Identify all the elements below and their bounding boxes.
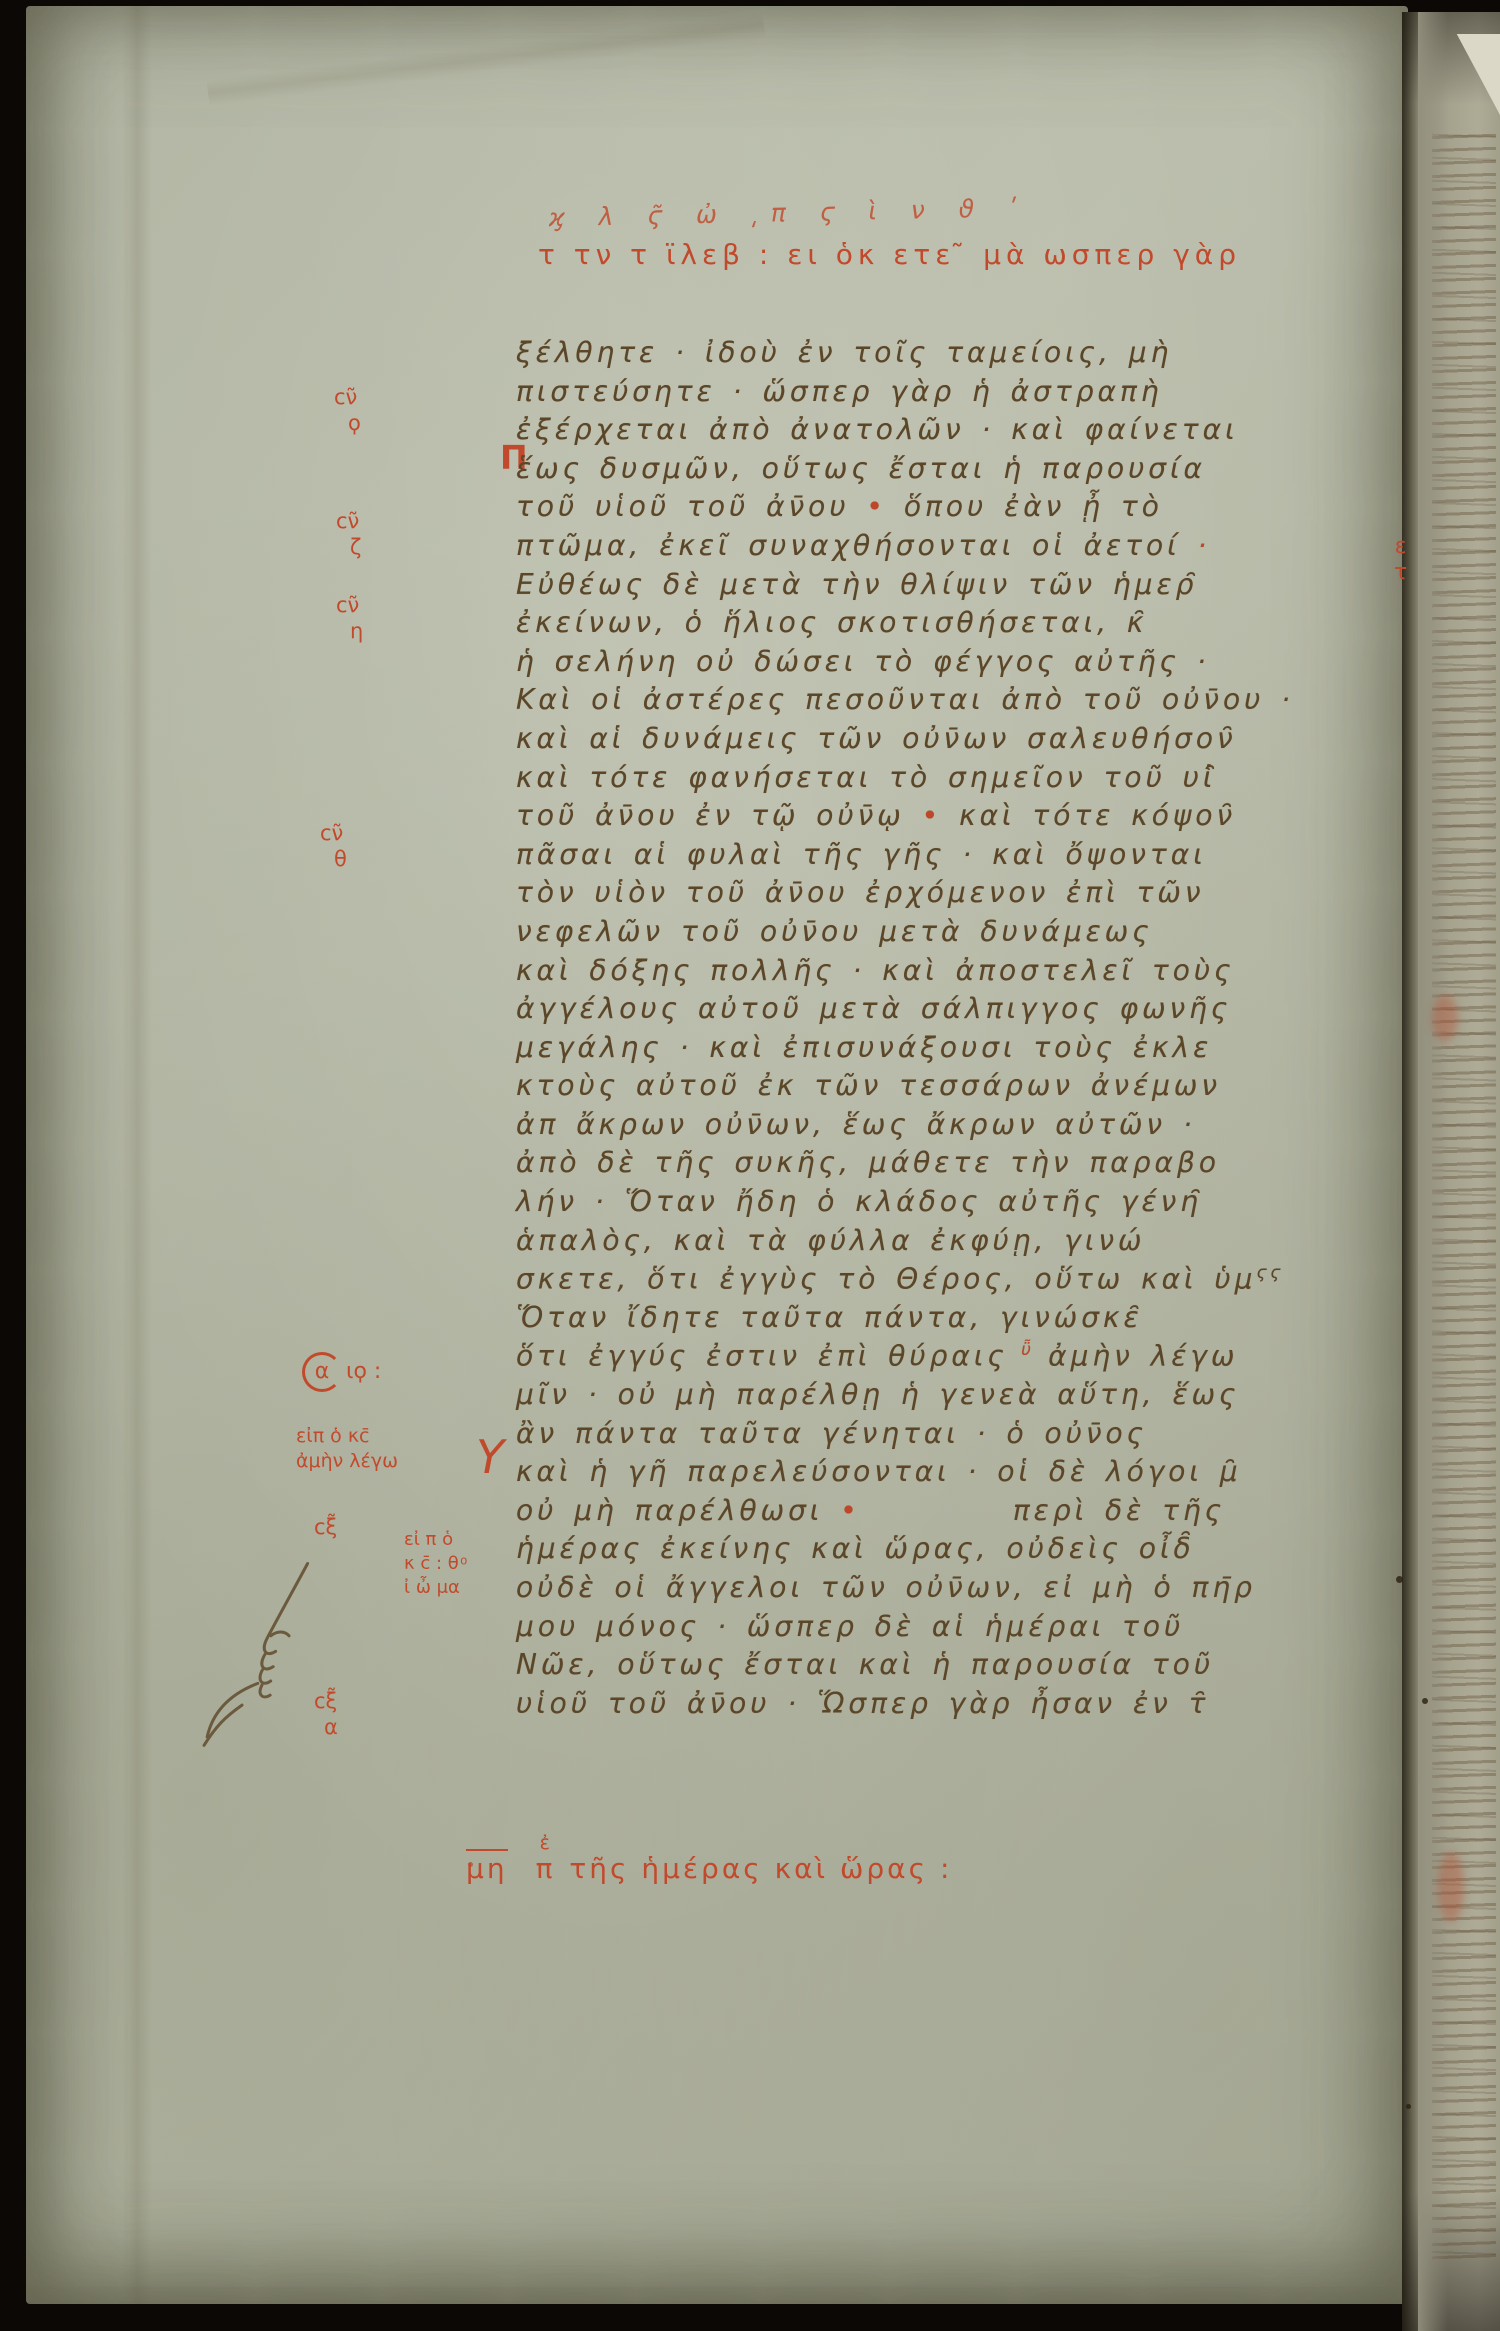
- diagonal-crease: [207, 12, 766, 106]
- text-line: τὸν υἱὸν τοῦ ἀν̄ου ἐρχόμενον ἐπὶ τῶν: [516, 876, 1416, 915]
- text-line: ἁπαλὸς, καὶ τὰ φύλλα ἐκφύῃ, γινώ: [516, 1224, 1416, 1263]
- eusebian-number: ϲν̃ζ: [336, 508, 361, 560]
- text-line: Νῶε, οὕτως ἔσται καὶ ἡ παρουσία τοῦ: [516, 1648, 1416, 1687]
- text-line: Ὅταν ἴδητε ταῦτα πάντα, γινώσκε̑: [516, 1301, 1416, 1340]
- text-line: οὐδὲ οἱ ἄγγελοι τῶν οὐν̄ων, εἰ μὴ ὁ πη̄ρ: [516, 1571, 1416, 1610]
- eusebian-number: ϲν̃ϙ: [334, 384, 361, 436]
- text-line: ἡμέρας ἐκείνης καὶ ὥρας, οὐδεὶς οἶδ̑: [516, 1532, 1416, 1571]
- text-line: μεγάλης · καὶ ἐπισυνάξουσι τοὺς ἐκλε: [516, 1031, 1416, 1070]
- edge-highlight: [1418, 12, 1448, 2331]
- text-line: ἐκείνων, ὁ ἥλιος σκοτισθήσεται, κ̑: [516, 606, 1416, 645]
- eusebian-number: ϲξ̃: [314, 1514, 337, 1540]
- text-line: πτῶμα, ἐκεῖ συναχθήσονται οἱ ἀετοί ·: [516, 529, 1416, 568]
- red-ink-smudge: [1432, 995, 1458, 1041]
- text-line: λήν · Ὅταν ἤδη ὁ κλάδος αὐτῆς γένη̑: [516, 1185, 1416, 1224]
- kephalaion-title: μηἐπτῆς ἡμέρας καὶ ὥρας :: [466, 1852, 952, 1885]
- ink-speck: [1406, 2104, 1411, 2109]
- text-line: Καὶ οἱ ἀστέρες πεσοῦνται ἀπὸ τοῦ οὐν̄ου …: [516, 683, 1416, 722]
- eusebian-number: ϲν̃η: [336, 592, 363, 644]
- lection-cross-reference: εἰ π ὁκ ϲ̄ : θ ͦἰ ὦ μα: [404, 1528, 464, 1600]
- kephalaion-title-text: τῆς ἡμέρας καὶ ὥρας :: [569, 1852, 952, 1885]
- text-line: ὅτι ἐγγύς ἐστιν ἐπὶ θύραις ῧ ἀμὴν λέγω: [516, 1339, 1416, 1378]
- peri-abbreviation: ἐπ: [536, 1852, 556, 1885]
- text-line: καὶ αἱ δυνάμεις τῶν οὐν̄ων σαλευθήσον̑: [516, 722, 1416, 761]
- red-ink-smudge: [1438, 1852, 1464, 1922]
- manuscript-photo: { "colors": { "red_ink": "#c24a2c", "bro…: [0, 0, 1500, 2331]
- text-line: οὐ μὴ παρέλθωσι • περὶ δὲ τῆς: [516, 1494, 1416, 1533]
- text-line: ἡ σελήνη οὐ δώσει τὸ φέγγος αὐτῆς ·: [516, 645, 1416, 684]
- manicule-drawing: [178, 1538, 397, 1752]
- gospel-text-column: ξέλθητε · ἰδοὺ ἐν τοῖς ταμείοις, μὴπιστε…: [516, 336, 1416, 1725]
- text-line: ἀπὸ δὲ τῆς συκῆς, μάθετε τὴν παραβο: [516, 1146, 1416, 1185]
- eusebian-number: ϲν̃θ: [320, 820, 347, 872]
- text-line: ἀπ ἄκρων οὐν̄ων, ἕως ἄκρων αὐτῶν ·: [516, 1108, 1416, 1147]
- vertical-crease: [122, 6, 152, 2304]
- text-line: τοῦ ἀν̄ου ἐν τῷ οὐν̄ῳ • καὶ τότε κόψον̑: [516, 799, 1416, 838]
- lection-incipit-note: εἰπ ὁ κϲ̄ἀμὴν λέγω: [296, 1424, 398, 1474]
- text-line: καὶ τότε φανήσεται τὸ σημεῖον τοῦ υἱ̑: [516, 761, 1416, 800]
- text-line: νεφελῶν τοῦ οὐν̄ου μετὰ δυνάμεως: [516, 915, 1416, 954]
- book-fore-edge: [1402, 12, 1500, 2331]
- text-line: μου μόνος · ὥσπερ δὲ αἱ ἡμέραι τοῦ: [516, 1610, 1416, 1649]
- text-line: υἱοῦ τοῦ ἀν̄ου · Ὥσπερ γὰρ ἦσαν ἐν τ̑: [516, 1687, 1416, 1726]
- text-line: ἂν πάντα ταῦτα γένηται · ὁ οὐν̄ος: [516, 1417, 1416, 1456]
- marginal-initial-upsilon: Υ: [476, 1430, 504, 1484]
- text-line: καὶ ἡ γῆ παρελεύσονται · οἱ δὲ λόγοι μ̑: [516, 1455, 1416, 1494]
- text-line: Εὐθέως δὲ μετὰ τὴν θλίψιν τῶν ἡμερ̑: [516, 568, 1416, 607]
- text-line: κτοὺς αὐτοῦ ἐκ τῶν τεσσάρων ἀνέμων: [516, 1069, 1416, 1108]
- kephalaion-number: μη: [466, 1849, 508, 1885]
- text-line: πᾶσαι αἱ φυλαὶ τῆς γῆς · καὶ ὄψονται: [516, 838, 1416, 877]
- text-line: ξέλθητε · ἰδοὺ ἐν τοῖς ταμείοις, μὴ: [516, 336, 1416, 375]
- text-line: πιστεύσητε · ὥσπερ γὰρ ἡ ἀστραπὴ: [516, 375, 1416, 414]
- ink-speck: [1422, 1698, 1428, 1704]
- folio-corner: [1454, 34, 1500, 122]
- text-line: ἕως δυσμῶν, οὕτως ἔσται ἡ παρουσία: [516, 452, 1416, 491]
- text-line: τοῦ υἱοῦ τοῦ ἀν̄ου • ὅπου ἐὰν ᾖ τὸ: [516, 490, 1416, 529]
- text-line: σκετε, ὅτι ἐγγὺς τὸ Θέρος, οὕτω καὶ ὑμϛϛ: [516, 1262, 1416, 1301]
- text-line: ἐξέρχεται ἀπὸ ἀνατολῶν · καὶ φαίνεται: [516, 413, 1416, 452]
- header-rubric-lection-note: τ τν τ ϊλεβ : ει ὁκ ετε ̃ μὰ ωσπερ γὰρ: [538, 238, 1458, 271]
- text-line: καὶ δόξης πολλῆς · καὶ ἀποστελεῖ τοὺς: [516, 954, 1416, 993]
- text-line: ἀγγέλους αὐτοῦ μετὰ σάλπιγγος φωνῆς: [516, 992, 1416, 1031]
- lection-start-mark: αιϙ :: [302, 1352, 381, 1392]
- text-line: μῖν · οὐ μὴ παρέλθῃ ἡ γενεὰ αὕτη, ἕως: [516, 1378, 1416, 1417]
